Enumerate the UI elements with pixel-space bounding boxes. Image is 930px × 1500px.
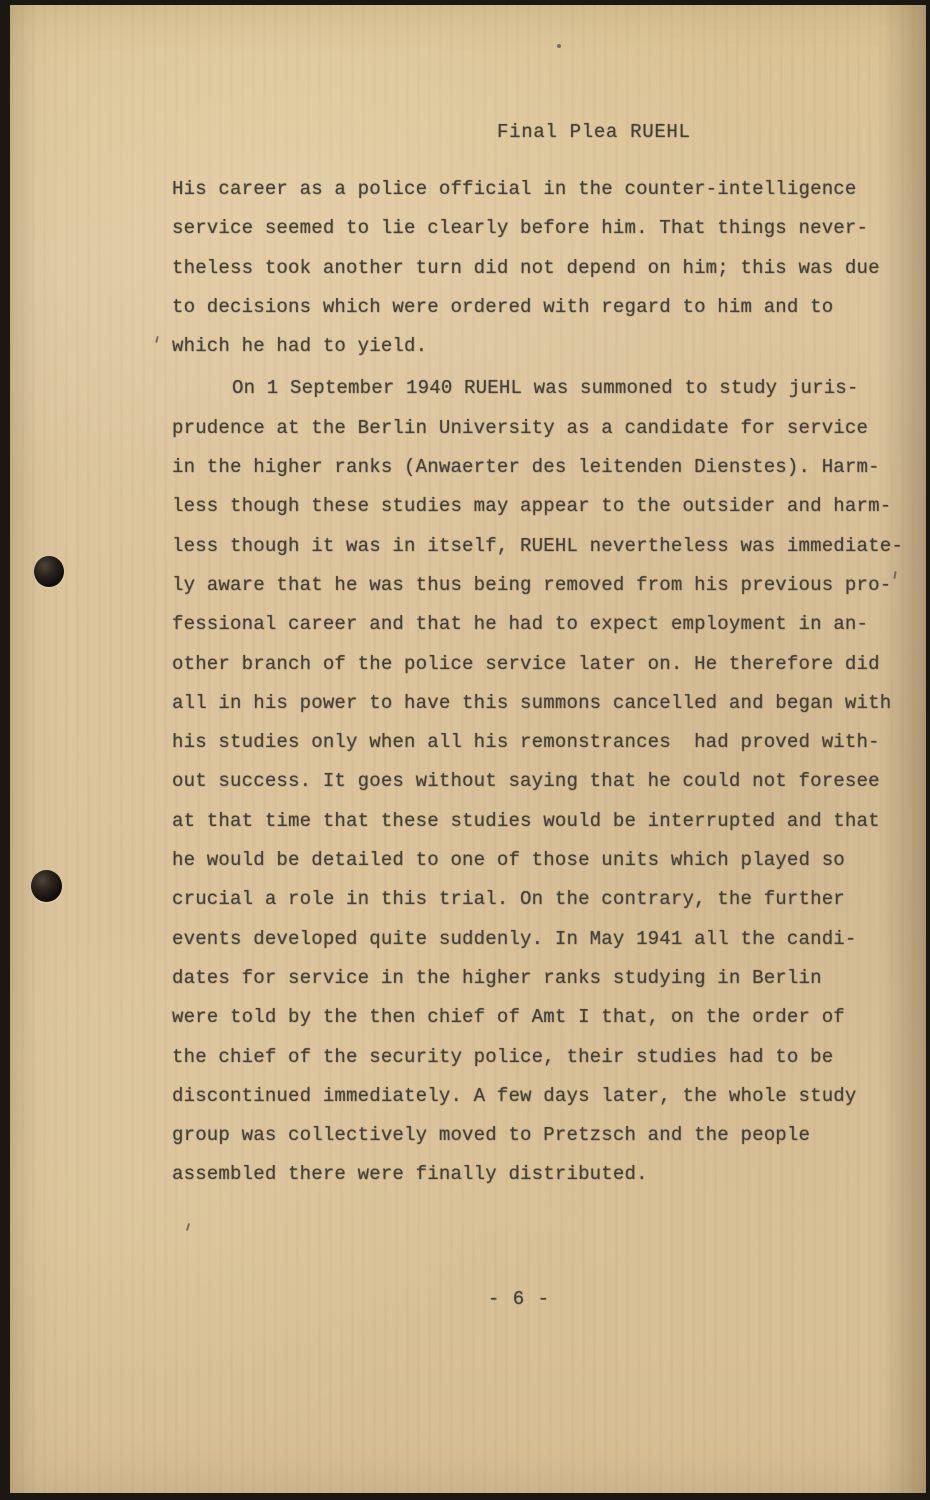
text-line: were told by the then chief of Amt I tha…: [172, 998, 917, 1037]
text-line: at that time that these studies would be…: [172, 802, 917, 841]
text-line: events developed quite suddenly. In May …: [172, 920, 917, 959]
text-line: out success. It goes without saying that…: [172, 762, 917, 801]
paper-speck: [155, 336, 159, 343]
text-line: his studies only when all his remonstran…: [172, 723, 917, 762]
punch-hole-bottom: [31, 870, 62, 902]
text-line: discontinued immediately. A few days lat…: [172, 1077, 917, 1116]
text-line: prudence at the Berlin University as a c…: [172, 409, 917, 448]
text-line: less though these studies may appear to …: [172, 487, 917, 526]
text-line: less though it was in itself, RUEHL neve…: [172, 527, 917, 566]
text-line: he would be detailed to one of those uni…: [172, 841, 917, 880]
text-line: His career as a police official in the c…: [172, 170, 917, 209]
text-line: assembled there were finally distributed…: [172, 1155, 917, 1194]
text-line: in the higher ranks (Anwaerter des leite…: [172, 448, 917, 487]
document-title: Final Plea RUEHL: [497, 121, 691, 143]
text-line: all in his power to have this summons ca…: [172, 684, 917, 723]
page-number: - 6 -: [488, 1288, 550, 1310]
paragraph-1: His career as a police official in the c…: [172, 170, 917, 366]
text-line: other branch of the police service later…: [172, 645, 917, 684]
text-line: crucial a role in this trial. On the con…: [172, 880, 917, 919]
text-line: which he had to yield.: [172, 327, 917, 366]
text-line: ly aware that he was thus being removed …: [172, 566, 917, 605]
text-line: group was collectively moved to Pretzsch…: [172, 1116, 917, 1155]
paper-speck: [557, 44, 561, 48]
text-line: theless took another turn did not depend…: [172, 249, 917, 288]
document-body: His career as a police official in the c…: [172, 170, 917, 1195]
text-line: to decisions which were ordered with reg…: [172, 288, 917, 327]
text-line: On 1 September 1940 RUEHL was summoned t…: [172, 369, 917, 408]
paper-speck: [186, 1223, 190, 1231]
text-line: the chief of the security police, their …: [172, 1038, 917, 1077]
text-line: dates for service in the higher ranks st…: [172, 959, 917, 998]
text-line: service seemed to lie clearly before him…: [172, 209, 917, 248]
text-line: fessional career and that he had to expe…: [172, 605, 917, 644]
punch-hole-top: [34, 556, 64, 587]
paper-sheet: Final Plea RUEHL His career as a police …: [10, 5, 926, 1493]
paragraph-2: On 1 September 1940 RUEHL was summoned t…: [172, 369, 917, 1194]
